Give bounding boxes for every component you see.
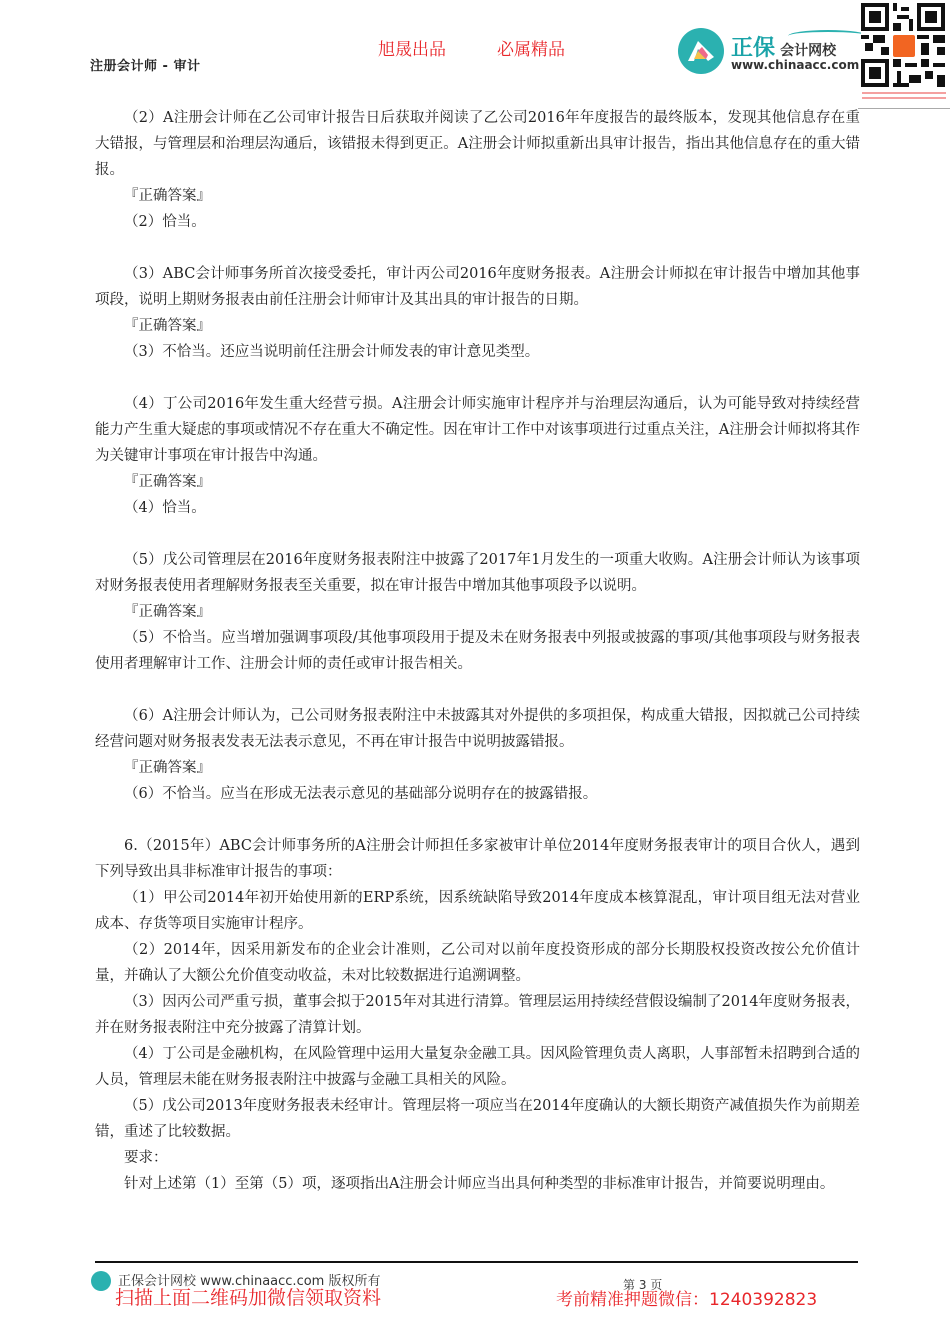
slogan-left: 旭晟出品 <box>378 35 446 60</box>
paragraph-gap <box>95 807 860 833</box>
qr-center-badge <box>893 35 915 57</box>
paragraph: （1）甲公司2014年初开始使用新的ERP系统，因系统缺陷导致2014年度成本核… <box>95 885 860 937</box>
qr-divider <box>858 108 950 109</box>
paragraph: 6.（2015年）ABC会计师事务所的A注册会计师担任多家被审计单位2014年度… <box>95 833 860 885</box>
document-body: （2）A注册会计师在乙公司审计报告日后获取并阅读了乙公司2016年年度报告的最终… <box>95 105 860 1197</box>
paragraph-gap <box>95 235 860 261</box>
brand-logo: 正保 会计网校 www.chinaacc.com <box>678 28 878 76</box>
paragraph: （6）不恰当。应当在形成无法表示意见的基础部分说明存在的披露错报。 <box>95 781 860 807</box>
promo-wechat-text: 考前精准押题微信：1240392823 <box>556 1285 817 1310</box>
paragraph: （3）因丙公司严重亏损，董事会拟于2015年对其进行清算。管理层运用持续经营假设… <box>95 989 860 1041</box>
footer-logo-icon <box>91 1271 111 1291</box>
paragraph: （4）丁公司2016年发生重大经营亏损。A注册会计师实施审计程序并与治理层沟通后… <box>95 391 860 469</box>
answer-label: 『正确答案』 <box>95 755 860 781</box>
brand-logo-icon <box>678 28 724 74</box>
slogan-right: 必属精品 <box>497 35 565 60</box>
paragraph-gap <box>95 677 860 703</box>
answer-label: 『正确答案』 <box>95 599 860 625</box>
paragraph-gap <box>95 521 860 547</box>
brand-url: www.chinaacc.com <box>731 58 859 72</box>
paragraph: （5）不恰当。应当增加强调事项段/其他事项段用于提及未在财务报表中列报或披露的事… <box>95 625 860 677</box>
qr-caption <box>860 89 948 105</box>
footer-divider <box>95 1261 858 1263</box>
paragraph: 针对上述第（1）至第（5）项，逐项指出A注册会计师应当出具何种类型的非标准审计报… <box>95 1171 860 1197</box>
paragraph: （5）戊公司管理层在2016年度财务报表附注中披露了2017年1月发生的一项重大… <box>95 547 860 599</box>
qr-code-icon <box>861 3 945 87</box>
paragraph: （2）恰当。 <box>95 209 860 235</box>
answer-label: 『正确答案』 <box>95 183 860 209</box>
promo-qr-text: 扫描上面二维码加微信领取资料 <box>115 1283 381 1310</box>
paragraph: （4）丁公司是金融机构，在风险管理中运用大量复杂金融工具。因风险管理负责人离职，… <box>95 1041 860 1093</box>
paragraph: （4）恰当。 <box>95 495 860 521</box>
answer-label: 『正确答案』 <box>95 469 860 495</box>
paragraph: （5）戊公司2013年度财务报表未经审计。管理层将一项应当在2014年度确认的大… <box>95 1093 860 1145</box>
doc-title: 注册会计师 - 审计 <box>90 55 200 74</box>
paragraph: （3）不恰当。还应当说明前任注册会计师发表的审计意见类型。 <box>95 339 860 365</box>
paragraph: （2）A注册会计师在乙公司审计报告日后获取并阅读了乙公司2016年年度报告的最终… <box>95 105 860 183</box>
paragraph-gap <box>95 365 860 391</box>
paragraph: （3）ABC会计师事务所首次接受委托，审计丙公司2016年度财务报表。A注册会计… <box>95 261 860 313</box>
answer-label: 『正确答案』 <box>95 313 860 339</box>
paragraph: （6）A注册会计师认为，己公司财务报表附注中未披露其对外提供的多项担保，构成重大… <box>95 703 860 755</box>
paragraph: （2）2014年，因采用新发布的企业会计准则，乙公司对以前年度投资形成的部分长期… <box>95 937 860 989</box>
paragraph: 要求： <box>95 1145 860 1171</box>
